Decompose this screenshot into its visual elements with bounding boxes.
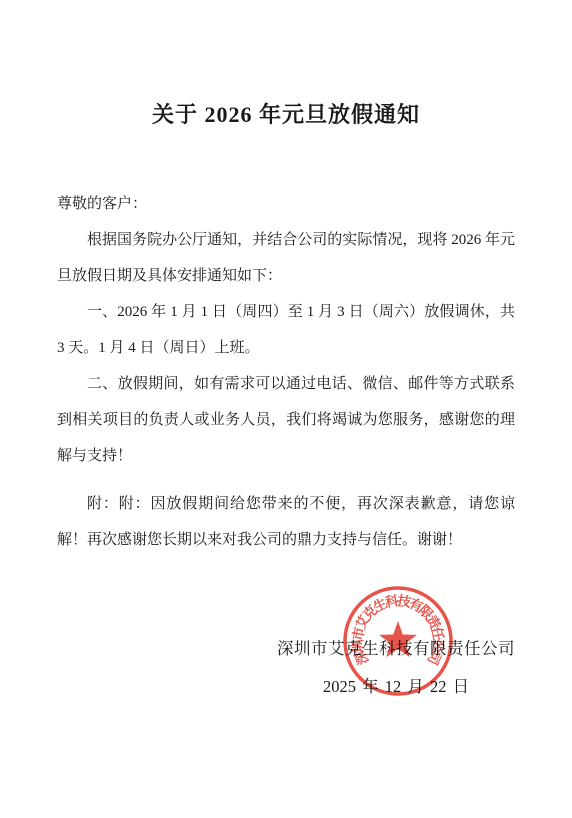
svg-text:有: 有 [406, 595, 426, 616]
document-page: 关于 2026 年元旦放假通知 尊敬的客户： 根据国务院办公厅通知，并结合公司的… [0, 0, 572, 818]
svg-text:生: 生 [370, 594, 390, 615]
document-body: 尊敬的客户： 根据国务院办公厅通知，并结合公司的实际情况，现将 2026 年元旦… [57, 186, 515, 558]
paragraph-apology-note: 附：附：因放假期间给您带来的不便，再次深表歉意，请您谅解！再次感谢您长期以来对我… [57, 486, 515, 558]
svg-text:科: 科 [384, 592, 400, 610]
signature-date: 2025 年 12 月 22 日 [277, 668, 515, 706]
paragraph-contact-info: 二、放假期间，如有需求可以通过电话、微信、邮件等方式联系到相关项目的负责人或业务… [57, 366, 515, 474]
salutation: 尊敬的客户： [57, 186, 515, 222]
paragraph-holiday-dates: 一、2026 年 1 月 1 日（周四）至 1 月 3 日（周六）放假调休，共 … [57, 294, 515, 366]
document-title: 关于 2026 年元旦放假通知 [57, 0, 515, 132]
paragraph-holiday-intro: 根据国务院办公厅通知，并结合公司的实际情况，现将 2026 年元旦放假日期及具体… [57, 222, 515, 294]
signature-company: 深圳市艾克生科技有限责任公司 [277, 630, 515, 668]
svg-text:艾: 艾 [353, 612, 373, 631]
signature-block: 深圳市艾克生科技有限责任公司 2025 年 12 月 22 日 [277, 630, 515, 706]
svg-text:限: 限 [416, 602, 436, 623]
svg-text:克: 克 [359, 601, 380, 622]
svg-text:技: 技 [395, 592, 412, 610]
